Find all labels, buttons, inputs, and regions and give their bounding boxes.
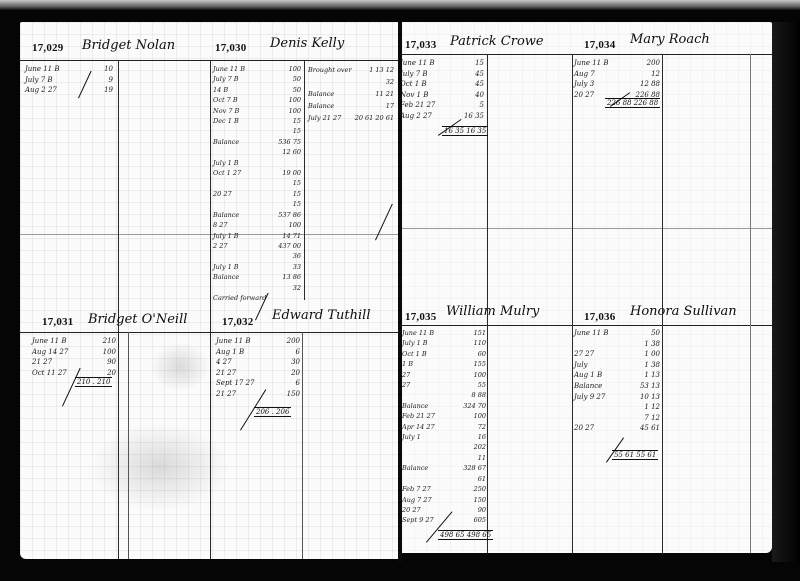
header-rule-top (402, 54, 772, 55)
entry-amount: 40 (475, 90, 484, 101)
column-divider (118, 60, 119, 559)
entry-amount: 100 (289, 106, 301, 116)
entry-amount: 100 (289, 95, 301, 105)
account-number: 17,032 (222, 316, 253, 328)
column-divider (750, 54, 751, 553)
entry-date: 27 (402, 370, 410, 380)
ledger-entry-row: 1 12 (574, 402, 660, 413)
entry-amount: 200 (647, 58, 660, 69)
ledger-entry-row: 32 (213, 283, 301, 293)
entry-amount: 61 (478, 474, 486, 484)
account-entries: June 11 B210Aug 14 2710021 2790Oct 11 27… (32, 336, 116, 378)
entry-date: Brought over (308, 64, 352, 76)
ledger-entry-row: June 11 B100 (213, 64, 301, 74)
entry-date: Oct 1 B (402, 79, 427, 90)
ledger-entry-row: Aug 1 B6 (216, 347, 300, 358)
account-number: 17,030 (215, 42, 246, 54)
entry-date: Feb 21 27 (402, 411, 435, 421)
entry-date: 21 27 (216, 389, 236, 400)
ledger-entry-row: 8 88 (402, 390, 486, 400)
ledger-entry-row: 11 (402, 453, 486, 463)
entry-date: Feb 7 27 (402, 484, 431, 494)
ledger-entry-row: June 11 B200 (216, 336, 300, 347)
entry-amount: 60 (478, 349, 486, 359)
entry-date: July 1 B (213, 158, 239, 168)
scanner-top-edge (0, 0, 800, 10)
entry-date: June 11 B (402, 328, 434, 338)
entry-amount: 55 (478, 380, 486, 390)
account-holder-name: Bridget Nolan (82, 38, 175, 53)
entry-date: Apr 14 27 (402, 422, 435, 432)
entry-amount: 328 67 (463, 463, 486, 473)
ledger-entry-row: June 11 B210 (32, 336, 116, 347)
entry-date: Aug 7 (574, 69, 595, 80)
entry-amount: 15 (293, 189, 301, 199)
entry-amount: 50 (651, 328, 660, 339)
entry-date: Aug 1 B (216, 347, 244, 358)
entry-date: Oct 1 B (402, 349, 427, 359)
account-holder-name: Bridget O'Neill (88, 312, 187, 327)
ledger-entry-row: June 11 B50 (574, 328, 660, 339)
ledger-entry-row: July 7 B45 (402, 69, 484, 80)
mid-rule (20, 234, 398, 235)
ledger-entry-row: 21 2790 (32, 357, 116, 368)
ledger-entry-row: Aug 14 27100 (32, 347, 116, 358)
paper-stain (90, 422, 230, 512)
mid-rule (402, 228, 772, 229)
ledger-entry-row: 14 B50 (213, 85, 301, 95)
ledger-entry-row: Nov 7 B100 (213, 106, 301, 116)
entry-date: Sept 17 27 (216, 378, 255, 389)
entry-date: Balance (308, 100, 334, 112)
account-holder-name: Denis Kelly (270, 36, 344, 51)
entry-amount: 100 (474, 370, 486, 380)
ledger-entry-row: June 11 B200 (574, 58, 660, 69)
entry-date: July 7 B (25, 75, 53, 86)
entry-amount: 15 (293, 199, 301, 209)
entry-amount: 250 (474, 484, 486, 494)
ledger-entry-row: Balance328 67 (402, 463, 486, 473)
account-total: 206 . 206 (254, 407, 291, 417)
entry-amount: 90 (107, 357, 116, 368)
entry-amount: 100 (289, 220, 301, 230)
ledger-entry-row: 1 B155 (402, 359, 486, 369)
scanner-right-edge (772, 22, 800, 562)
ledger-entry-row: July 116 (402, 432, 486, 442)
entry-amount: 45 (475, 69, 484, 80)
entry-date: July 7 B (213, 74, 239, 84)
entry-date: 1 B (402, 359, 413, 369)
entry-date: 20 27 (402, 505, 421, 515)
entry-date: Aug 2 27 (25, 85, 57, 96)
entry-date: Balance (402, 463, 428, 473)
entry-date: 21 27 (32, 357, 52, 368)
entry-amount: 151 (474, 328, 486, 338)
ledger-entry-row: 27100 (402, 370, 486, 380)
account-number: 17,036 (584, 311, 615, 323)
ledger-entry-row: Brought over1 13 12 (308, 64, 394, 76)
ledger-entry-row: Balance17 (308, 100, 394, 112)
ledger-entry-row: Carried forward (213, 293, 301, 303)
ledger-entry-row: 36 (213, 251, 301, 261)
entry-date: Aug 7 27 (402, 495, 432, 505)
entry-amount: 100 (289, 64, 301, 74)
entry-amount: 100 (474, 411, 486, 421)
entry-date: July 21 27 (308, 112, 341, 124)
entry-amount: 8 88 (472, 390, 486, 400)
account-number: 17,034 (584, 39, 615, 51)
ledger-entry-row: 15 (213, 126, 301, 136)
entry-amount: 1 38 (644, 339, 660, 350)
account-holder-name: Mary Roach (630, 32, 710, 47)
entry-amount: 11 21 (375, 88, 394, 100)
entry-amount: 6 (296, 347, 300, 358)
ledger-entry-row: 12 60 (213, 147, 301, 157)
entry-amount: 10 (104, 64, 113, 75)
entry-date: 2 27 (213, 241, 227, 251)
ledger-entry-row: June 11 B151 (402, 328, 486, 338)
entry-date: July 9 27 (574, 392, 605, 403)
ledger-entry-row: Aug 712 (574, 69, 660, 80)
entry-date: July 1 B (213, 262, 239, 272)
account-entries: June 11 B15July 7 B45Oct 1 B45Nov 1 B40F… (402, 58, 484, 122)
column-divider (128, 332, 129, 559)
entry-date: 20 27 (574, 423, 594, 434)
paper-stain (150, 342, 210, 392)
entry-amount: 12 60 (282, 147, 301, 157)
entry-date: July 1 B (213, 231, 239, 241)
entry-amount: 437 00 (278, 241, 301, 251)
entry-amount: 36 (293, 251, 301, 261)
entry-date: July 1 B (402, 338, 428, 348)
ledger-entry-row: July 1 B (213, 158, 301, 168)
entry-date: Feb 21 27 (402, 100, 435, 111)
account-total: 210 . 210 (75, 377, 112, 387)
entry-amount: 605 (474, 515, 486, 525)
entry-date: 8 27 (213, 220, 227, 230)
ledger-entry-row: Apr 14 2772 (402, 422, 486, 432)
entry-date: Carried forward (213, 293, 266, 303)
account-number: 17,035 (405, 311, 436, 323)
header-rule-top (20, 60, 398, 61)
entry-amount: 200 (287, 336, 300, 347)
ledger-entry-row: 20 2745 61 (574, 423, 660, 434)
entry-date: Sept 9 27 (402, 515, 434, 525)
entry-amount: 15 (293, 178, 301, 188)
ledger-entry-row: July 1 B33 (213, 262, 301, 272)
entry-amount: 32 (386, 76, 394, 88)
entry-amount: 150 (287, 389, 300, 400)
ledger-entry-row: Balance11 21 (308, 88, 394, 100)
entry-amount: 15 (475, 58, 484, 69)
entry-amount: 12 88 (640, 79, 660, 90)
ledger-entry-row: Balance324 70 (402, 401, 486, 411)
account-holder-name: Edward Tuthill (272, 308, 370, 323)
ledger-entry-row: 61 (402, 474, 486, 484)
entry-date: 27 (402, 380, 410, 390)
ledger-entry-row: July 21 2720 61 20 61 (308, 112, 394, 124)
ledger-entry-row: July1 38 (574, 360, 660, 371)
ledger-left-page: 17,029 Bridget Nolan June 11 B10July 7 B… (20, 22, 398, 559)
entry-amount: 1 00 (644, 349, 660, 360)
entry-amount: 537 86 (278, 210, 301, 220)
entry-date: Aug 1 B (574, 370, 602, 381)
entry-amount: 9 (109, 75, 113, 86)
ledger-entry-row: 20 2715 (213, 189, 301, 199)
entry-amount: 150 (474, 495, 486, 505)
ledger-entry-row: 2755 (402, 380, 486, 390)
entry-date: Balance (574, 381, 602, 392)
ledger-entry-row: Oct 1 B45 (402, 79, 484, 90)
ledger-entry-row: Aug 2 2719 (25, 85, 113, 96)
entry-amount: 14 71 (282, 231, 301, 241)
entry-date: June 11 B (402, 58, 434, 69)
entry-amount: 53 13 (640, 381, 660, 392)
account-entries: June 11 B200Aug 1 B64 273021 2720Sept 17… (216, 336, 300, 400)
column-divider (304, 60, 305, 300)
entry-amount: 17 (386, 100, 394, 112)
account-holder-name: William Mulry (446, 304, 539, 319)
entry-amount: 19 (104, 85, 113, 96)
account-entries: June 11 B200Aug 712July 312 8820 27226 8… (574, 58, 660, 100)
ledger-entry-row: Aug 7 27150 (402, 495, 486, 505)
ledger-entry-row: Dec 1 B15 (213, 116, 301, 126)
account-number: 17,033 (405, 39, 436, 51)
entry-date: June 11 B (216, 336, 250, 347)
account-number: 17,029 (32, 42, 63, 54)
ledger-entry-row: 32 (308, 76, 394, 88)
entry-amount: 50 (293, 74, 301, 84)
account-total: 55 61 55 61 (612, 450, 658, 460)
column-divider (210, 60, 211, 559)
entry-date: Oct 7 B (213, 95, 238, 105)
entry-date: Dec 1 B (213, 116, 239, 126)
header-rule-bottom (402, 325, 772, 326)
entry-amount: 7 12 (644, 413, 660, 424)
ledger-entry-row: June 11 B15 (402, 58, 484, 69)
entry-amount: 45 61 (640, 423, 660, 434)
entry-amount: 45 (475, 79, 484, 90)
account-entries: June 11 B151July 1 B110Oct 1 B601 B155 2… (402, 328, 486, 526)
ledger-entry-row: Oct 1 2719 00 (213, 168, 301, 178)
ledger-entry-row: Sept 17 276 (216, 378, 300, 389)
entry-date: Balance (213, 272, 239, 282)
entry-amount: 100 (103, 347, 116, 358)
entry-date: Nov 7 B (213, 106, 239, 116)
entry-date: July 1 (402, 432, 421, 442)
entry-date: Aug 2 27 (402, 111, 432, 122)
ledger-entry-row: Oct 7 B100 (213, 95, 301, 105)
account-holder-name: Honora Sullivan (630, 304, 737, 319)
entry-amount: 13 86 (282, 272, 301, 282)
ledger-entry-row: July 312 88 (574, 79, 660, 90)
account-side-entries: Brought over1 13 1232Balance11 21Balance… (308, 64, 394, 124)
entry-amount: 1 38 (644, 360, 660, 371)
entry-date: July 7 B (402, 69, 428, 80)
entry-date: June 11 B (32, 336, 66, 347)
entry-amount: 155 (474, 359, 486, 369)
entry-amount: 10 13 (640, 392, 660, 403)
account-number: 17,031 (42, 316, 73, 328)
entry-date: 14 B (213, 85, 228, 95)
ledger-entry-row: 20 2790 (402, 505, 486, 515)
account-entries: June 11 B100July 7 B5014 B50Oct 7 B100No… (213, 64, 301, 303)
entry-date: Oct 1 27 (213, 168, 241, 178)
ledger-entry-row: Feb 21 27100 (402, 411, 486, 421)
entry-amount: 5 (480, 100, 484, 111)
entry-date: 27 27 (574, 349, 594, 360)
entry-amount: 1 13 (644, 370, 660, 381)
ledger-entry-row: 21 27150 (216, 389, 300, 400)
entry-amount: 6 (296, 378, 300, 389)
entry-amount: 72 (478, 422, 486, 432)
entry-date: Nov 1 B (402, 90, 428, 101)
ledger-entry-row: Balance537 86 (213, 210, 301, 220)
entry-amount: 30 (291, 357, 300, 368)
entry-amount: 16 (478, 432, 486, 442)
ledger-entry-row: July 7 B9 (25, 75, 113, 86)
entry-date: Balance (402, 401, 428, 411)
ledger-entry-row: 21 2720 (216, 368, 300, 379)
ledger-entry-row: 15 (213, 199, 301, 209)
entry-date: June 11 B (574, 58, 608, 69)
entry-amount: 50 (293, 85, 301, 95)
ledger-entry-row: 8 27100 (213, 220, 301, 230)
ledger-entry-row: July 7 B50 (213, 74, 301, 84)
ledger-entry-row: July 9 2710 13 (574, 392, 660, 403)
header-rule-bottom (20, 332, 398, 333)
entry-date: 21 27 (216, 368, 236, 379)
entry-amount: 324 70 (463, 401, 486, 411)
entry-date: Balance (213, 137, 239, 147)
column-divider (302, 332, 303, 559)
ledger-entry-row: June 11 B10 (25, 64, 113, 75)
entry-amount: 15 (293, 116, 301, 126)
account-total: 498 65 498 65 (438, 530, 493, 540)
account-holder-name: Patrick Crowe (450, 34, 544, 49)
entry-date: Oct 11 27 (32, 368, 67, 379)
entry-date: 20 27 (213, 189, 232, 199)
ledger-entry-row: Aug 2 2716 35 (402, 111, 484, 122)
entry-amount: 536 75 (278, 137, 301, 147)
account-entries: June 11 B501 3827 271 00July1 38Aug 1 B1… (574, 328, 660, 434)
entry-amount: 12 (651, 69, 660, 80)
entry-amount: 1 12 (644, 402, 660, 413)
entry-amount: 16 35 (464, 111, 484, 122)
entry-date: June 11 B (574, 328, 608, 339)
entry-amount: 32 (293, 283, 301, 293)
entry-amount: 20 (291, 368, 300, 379)
ledger-right-page: 17,033 Patrick Crowe June 11 B15July 7 B… (402, 22, 772, 553)
entry-date: June 11 B (213, 64, 245, 74)
ledger-entry-row: 15 (213, 178, 301, 188)
entry-date: Balance (213, 210, 239, 220)
ledger-entry-row: Aug 1 B1 13 (574, 370, 660, 381)
ledger-entry-row: 1 38 (574, 339, 660, 350)
entry-amount: 1 13 12 (369, 64, 394, 76)
entry-date: 20 27 (574, 90, 594, 101)
ledger-entry-row: Balance13 86 (213, 272, 301, 282)
entry-amount: 20 61 20 61 (355, 112, 394, 124)
entry-amount: 210 (103, 336, 116, 347)
entry-amount: 202 (474, 442, 486, 452)
ledger-entry-row: July 1 B14 71 (213, 231, 301, 241)
column-divider (572, 54, 573, 553)
entry-amount: 33 (293, 262, 301, 272)
ledger-entry-row: July 1 B110 (402, 338, 486, 348)
entry-date: Aug 14 27 (32, 347, 68, 358)
ledger-entry-row: Balance536 75 (213, 137, 301, 147)
entry-date: June 11 B (25, 64, 59, 75)
entry-amount: 11 (478, 453, 486, 463)
ledger-entry-row: 2 27437 00 (213, 241, 301, 251)
entry-date: 4 27 (216, 357, 232, 368)
ledger-entry-row: 4 2730 (216, 357, 300, 368)
ledger-entry-row: Balance53 13 (574, 381, 660, 392)
entry-amount: 90 (478, 505, 486, 515)
entry-amount: 15 (293, 126, 301, 136)
ledger-entry-row: 27 271 00 (574, 349, 660, 360)
entry-date: July (574, 360, 588, 371)
account-entries: June 11 B10July 7 B9Aug 2 2719 (25, 64, 113, 96)
ledger-entry-row: 7 12 (574, 413, 660, 424)
entry-date: July 3 (574, 79, 594, 90)
ledger-entry-row: Feb 7 27250 (402, 484, 486, 494)
ledger-entry-row: 202 (402, 442, 486, 452)
ledger-entry-row: Oct 1 B60 (402, 349, 486, 359)
ledger-entry-row: Nov 1 B40 (402, 90, 484, 101)
ledger-entry-row: Feb 21 275 (402, 100, 484, 111)
entry-amount: 19 00 (282, 168, 301, 178)
entry-date: Balance (308, 88, 334, 100)
entry-amount: 110 (474, 338, 486, 348)
